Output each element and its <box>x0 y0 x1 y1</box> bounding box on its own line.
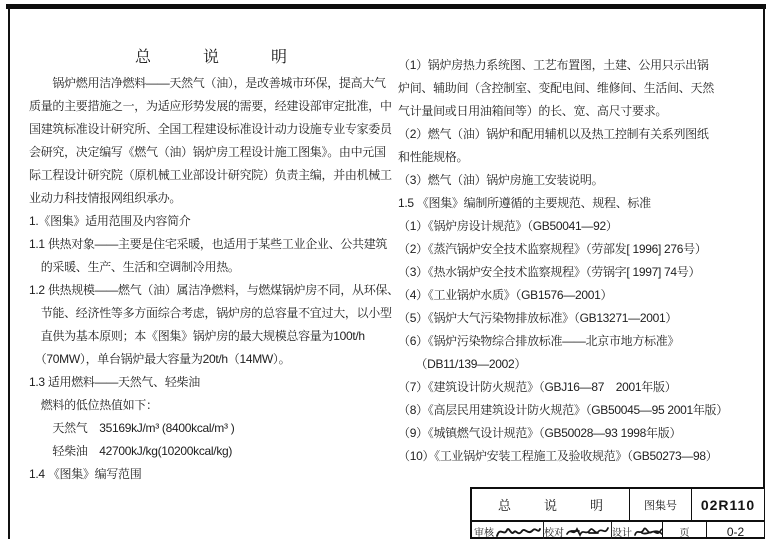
title-block-row-bottom: 审核 校对 设计 页 0-2 <box>472 520 764 539</box>
text-line: 燃料的低位热值如下： <box>29 394 394 417</box>
text-line: 1.5 《图集》编制所遵循的主要规范、规程、标准 <box>398 192 766 215</box>
text-line: （7）《建筑设计防火规范》（GBJ16—87 2001年版） <box>398 376 766 399</box>
title-block: 总 说 明 图集号 02R110 审核 校对 设计 页 <box>470 487 764 539</box>
proofreader-label: 校对 <box>544 524 564 539</box>
text-line: 1.4 《图集》编写范围 <box>29 463 394 486</box>
text-line: （6）《锅炉污染物综合排放标准——北京市地方标准》 <box>398 330 766 353</box>
designer-signature-icon <box>633 524 662 539</box>
text-line: （4）《工业锅炉水质》（GB1576—2001） <box>398 284 766 307</box>
text-line: （8）《高层民用建筑设计防火规范》（GB50045—95 2001年版） <box>398 399 766 422</box>
document-page: 总 说 明 锅炉燃用洁净燃料——天然气（油），是改善城市环保，提高大气质量的主要… <box>0 0 772 539</box>
page-number: 0-2 <box>706 522 764 539</box>
signature-row: 审核 校对 设计 <box>472 522 662 539</box>
text-line: 业动力科技情报网组织承办。 <box>29 187 394 210</box>
text-line: 炉间、辅助间（含控制室、变配电间、维修间、生活间、天然 <box>398 77 766 100</box>
reviewer-label: 审核 <box>474 524 494 539</box>
text-line: 质量的主要措施之一，为适应形势发展的需要，经建设部审定批准，中 <box>29 95 394 118</box>
text-line: （2）燃气（油）锅炉和配用辅机以及热工控制有关系列图纸 <box>398 123 766 146</box>
text-line: （3）《热水锅炉安全技术监察规程》（劳锅字[ 1997] 74号） <box>398 261 766 284</box>
text-line: 际工程设计研究院（原机械工业部设计研究院）负责主编，并由机械工 <box>29 164 394 187</box>
page-frame-top <box>6 4 766 9</box>
text-line: 轻柴油 42700kJ/kg(10200kcal/kg) <box>29 440 394 463</box>
title-block-title: 总 说 明 <box>472 489 629 520</box>
text-line: （2）《蒸汽锅炉安全技术监察规程》（劳部发[ 1996] 276号） <box>398 238 766 261</box>
text-line: 1.1 供热对象——主要是住宅采暖，也适用于某些工业企业、公共建筑 <box>29 233 394 256</box>
text-line: （5）《锅炉大气污染物排放标准》（GB13271—2001） <box>398 307 766 330</box>
right-text-column: （1）锅炉房热力系统图、工艺布置图，土建、公用只示出锅炉间、辅助间（含控制室、变… <box>398 54 766 468</box>
text-line: 的采暖、生产、生活和空调制冷用热。 <box>29 256 394 279</box>
page-frame-left <box>8 4 10 539</box>
text-line: 气计量间或日用油箱间等）的长、宽、高尺寸要求。 <box>398 100 766 123</box>
text-line: 国建筑标准设计研究所、全国工程建设标准设计动力设施专业专家委员 <box>29 118 394 141</box>
text-line: （10）《工业锅炉安装工程施工及验收规范》（GB50273—98） <box>398 445 766 468</box>
text-line: （3）燃气（油）锅炉房施工安装说明。 <box>398 169 766 192</box>
text-line: 节能、经济性等多方面综合考虑，锅炉房的总容量不宜过大，以小型 <box>29 302 394 325</box>
text-line: （1）锅炉房热力系统图、工艺布置图，土建、公用只示出锅 <box>398 54 766 77</box>
text-line: （DB11/139—2002） <box>398 353 766 376</box>
text-line: （9）《城镇燃气设计规范》（GB50028—93 1998年版） <box>398 422 766 445</box>
atlas-number-label: 图集号 <box>629 489 691 520</box>
text-line: （1）《锅炉房设计规范》（GB50041—92） <box>398 215 766 238</box>
text-line: 1.3 适用燃料——天然气、轻柴油 <box>29 371 394 394</box>
text-line: 1.《图集》适用范围及内容简介 <box>29 210 394 233</box>
designer-label: 设计 <box>612 524 632 539</box>
text-line: 会研究，决定编写《燃气（油）锅炉房工程设计施工图集》。由中元国 <box>29 141 394 164</box>
left-text-column: 锅炉燃用洁净燃料——天然气（油），是改善城市环保，提高大气质量的主要措施之一，为… <box>29 72 394 486</box>
atlas-number-value: 02R110 <box>691 489 764 520</box>
text-line: 和性能规格。 <box>398 146 766 169</box>
page-title: 总 说 明 <box>30 44 392 68</box>
page-label: 页 <box>662 522 706 539</box>
text-line: 直供为基本原则；本《图集》锅炉房的最大规模总容量为100t/h <box>29 325 394 348</box>
reviewer-signature-icon <box>495 524 541 539</box>
text-line: 天然气 35169kJ/m³ (8400kcal/m³ ) <box>29 417 394 440</box>
proofreader-signature-icon <box>565 524 609 539</box>
text-line: 1.2 供热规模——燃气（油）属洁净燃料，与燃煤锅炉房不同，从环保、 <box>29 279 394 302</box>
title-block-row-top: 总 说 明 图集号 02R110 <box>472 489 764 520</box>
text-line: （70MW），单台锅炉最大容量为20t/h（14MW）。 <box>29 348 394 371</box>
text-line: 锅炉燃用洁净燃料——天然气（油），是改善城市环保，提高大气 <box>29 72 394 95</box>
